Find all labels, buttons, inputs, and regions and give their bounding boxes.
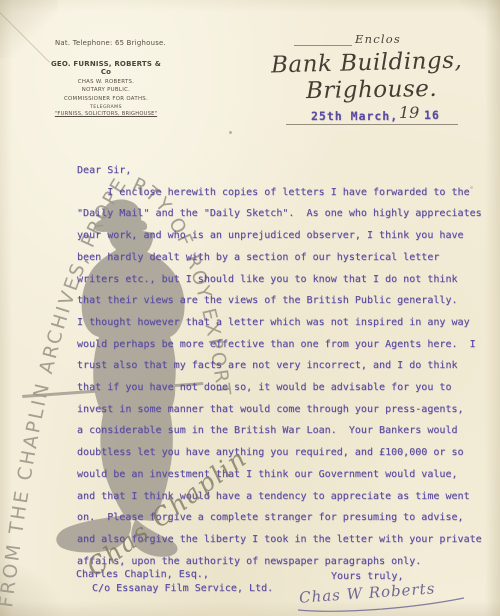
enclosure-label: Enclos <box>355 32 401 46</box>
letter-page: FROM THE CHAPLIN ARCHIVES, PROPERTY OF R… <box>0 0 500 616</box>
recipient-company: C/o Essanay Film Service, Ltd. <box>92 583 273 594</box>
valediction: Yours truly, <box>331 571 404 582</box>
firm-telegraphic-address: "FURNISS, SOLICITORS, BRIGHOUSE" <box>48 111 164 117</box>
firm-title-1: NOTARY PUBLIC. <box>48 87 164 93</box>
letterhead-firm-block: GEO. FURNISS, ROBERTS & Co CHAS W. ROBER… <box>48 60 164 117</box>
date-typed-year: 16 <box>424 108 440 122</box>
signature-flourish <box>294 592 470 616</box>
firm-principal: CHAS W. ROBERTS. <box>48 79 164 85</box>
letter-body: Dear Sir, I enclose herewith copies of l… <box>77 160 482 572</box>
firm-telegrams-label: TELEGRAMS <box>48 105 164 110</box>
firm-title-2: COMMISSIONER FOR OATHS. <box>48 96 164 102</box>
date-day-month: 25th March, <box>311 109 398 123</box>
letterhead-telephone: Nat. Telephone: 65 Brighouse. <box>55 39 166 47</box>
firm-name: GEO. FURNISS, ROBERTS & Co <box>48 60 164 76</box>
